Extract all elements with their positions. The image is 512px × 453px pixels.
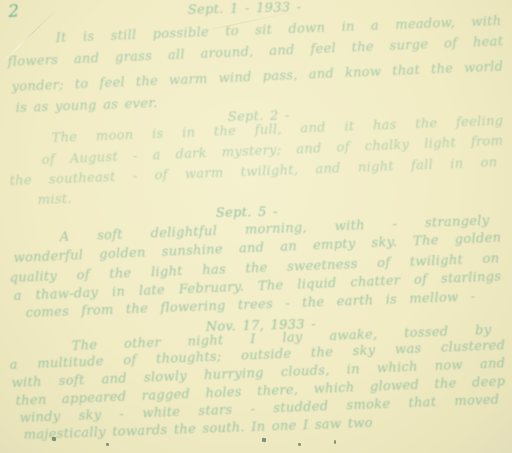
ink-speck [262, 438, 267, 443]
entry-line: is as young as ever. [15, 96, 158, 116]
entry-heading: Sept. 1 - 1933 - [188, 0, 302, 18]
entry-heading: Sept. 5 - [216, 205, 278, 221]
ink-speck [106, 443, 109, 446]
ink-speck [298, 443, 301, 446]
page-number: 2 [8, 1, 20, 22]
ink-speck [52, 437, 57, 442]
entry-line: mist. [37, 192, 72, 208]
diary-page: 2 Sept. 1 - 1933 - It is still possible … [0, 0, 512, 453]
ink-speck [334, 440, 336, 444]
